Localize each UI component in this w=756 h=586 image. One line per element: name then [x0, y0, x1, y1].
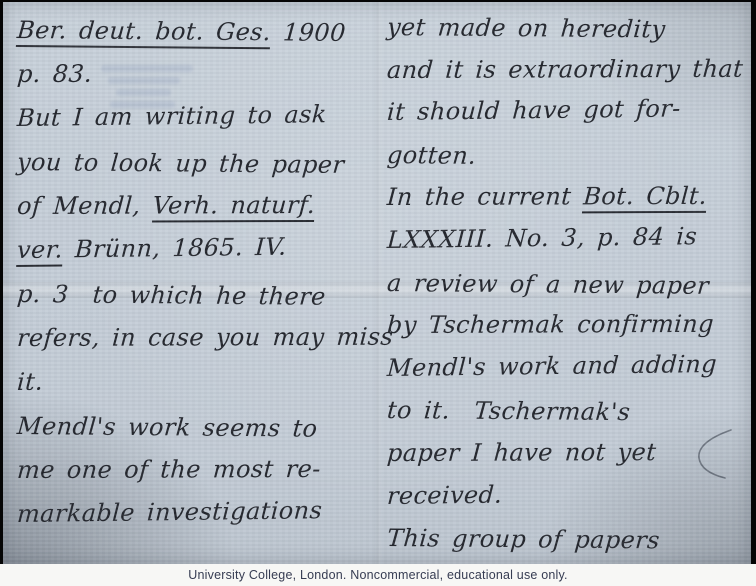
underlined-text: Verh. naturf.: [152, 191, 317, 223]
handwritten-line: ver. Brünn, 1865. IV.: [16, 226, 371, 274]
handwritten-line: markable investigations: [16, 490, 371, 538]
left-page-handwriting: Ber. deut. bot. Ges. 1900p. 83.But I am …: [17, 2, 369, 564]
handwritten-line: LXXXIII. No. 3, p. 84 is: [386, 216, 746, 263]
handwritten-line: received.: [386, 471, 746, 518]
handwritten-line: paper I have not yet: [386, 432, 747, 476]
handwritten-line: In the current Bot. Cblt.: [386, 176, 747, 220]
underlined-text: ver.: [16, 235, 64, 267]
handwritten-text: But I am writing to ask: [16, 100, 327, 132]
handwritten-line: it.: [16, 358, 371, 406]
handwritten-line: by Tschermak confirming: [386, 304, 747, 348]
handwritten-line: a review of a new paper: [385, 263, 746, 309]
handwritten-text: Mendl's work seems to: [16, 412, 319, 443]
vertical-fold-crease: [374, 2, 382, 564]
handwritten-line: This group of papers: [385, 518, 746, 564]
handwritten-text: me one of the most re-: [16, 455, 321, 484]
handwritten-text: Mendl's work and adding: [386, 350, 718, 382]
handwritten-text: p. 3 to which he there: [16, 280, 327, 311]
handwritten-text: you to look up the paper: [16, 148, 345, 179]
handwritten-text: gotten.: [386, 141, 477, 170]
handwritten-text: This group of papers: [386, 524, 661, 554]
handwritten-text: a review of a new paper: [386, 269, 710, 300]
handwritten-text: by Tschermak confirming: [386, 310, 715, 339]
handwritten-text: it.: [16, 368, 44, 396]
handwritten-text: In the current: [386, 183, 584, 212]
underlined-text: Bot. Cblt.: [582, 182, 708, 213]
handwritten-line: refers, in case you may miss: [16, 317, 371, 362]
handwritten-line: p. 3 to which he there: [15, 274, 370, 321]
handwritten-line: Ber. deut. bot. Ges. 1900: [15, 10, 370, 57]
handwritten-line: me one of the most re-: [16, 449, 371, 494]
handwritten-text: markable investigations: [16, 496, 323, 528]
handwritten-line: and it is extraordinary that: [386, 48, 747, 92]
handwritten-line: gotten.: [385, 135, 746, 181]
handwritten-line: p. 83.: [16, 53, 371, 98]
right-page-handwriting: yet made on heredityand it is extraordin…: [387, 2, 745, 564]
handwritten-line: of Mendl, Verh. naturf.: [16, 185, 371, 230]
handwritten-line: But I am writing to ask: [16, 94, 371, 142]
handwritten-text: paper I have not yet: [386, 438, 657, 467]
handwritten-line: yet made on heredity: [385, 7, 746, 53]
letter-paper: Ber. deut. bot. Ges. 1900p. 83.But I am …: [3, 2, 751, 564]
handwritten-text: of Mendl,: [16, 192, 153, 220]
handwritten-line: to it. Tschermak's: [385, 390, 746, 436]
handwritten-line: you to look up the paper: [15, 142, 370, 189]
handwritten-line: Mendl's work seems to: [15, 406, 370, 453]
handwritten-text: 1900: [270, 18, 347, 47]
handwritten-text: and it is extraordinary that: [386, 54, 744, 83]
handwritten-line: it should have got for-: [386, 88, 746, 135]
handwritten-text: Brünn, 1865. IV.: [62, 233, 287, 264]
underlined-text: Ber. deut. bot. Ges.: [16, 16, 272, 49]
handwritten-text: to it. Tschermak's: [386, 396, 631, 426]
handwritten-text: yet made on heredity: [386, 13, 667, 43]
handwritten-line: Mendl's work and adding: [386, 343, 746, 390]
handwritten-text: p. 83.: [16, 60, 93, 88]
handwritten-text: LXXXIII. No. 3, p. 84 is: [386, 222, 698, 254]
copyright-caption: University College, London. Noncommercia…: [188, 568, 567, 582]
caption-bar: University College, London. Noncommercia…: [0, 564, 756, 586]
handwritten-text: refers, in case you may miss: [16, 323, 394, 352]
letter-photo: Ber. deut. bot. Ges. 1900p. 83.But I am …: [0, 0, 756, 586]
handwritten-text: it should have got for-: [386, 95, 681, 127]
handwritten-text: received.: [386, 480, 503, 509]
